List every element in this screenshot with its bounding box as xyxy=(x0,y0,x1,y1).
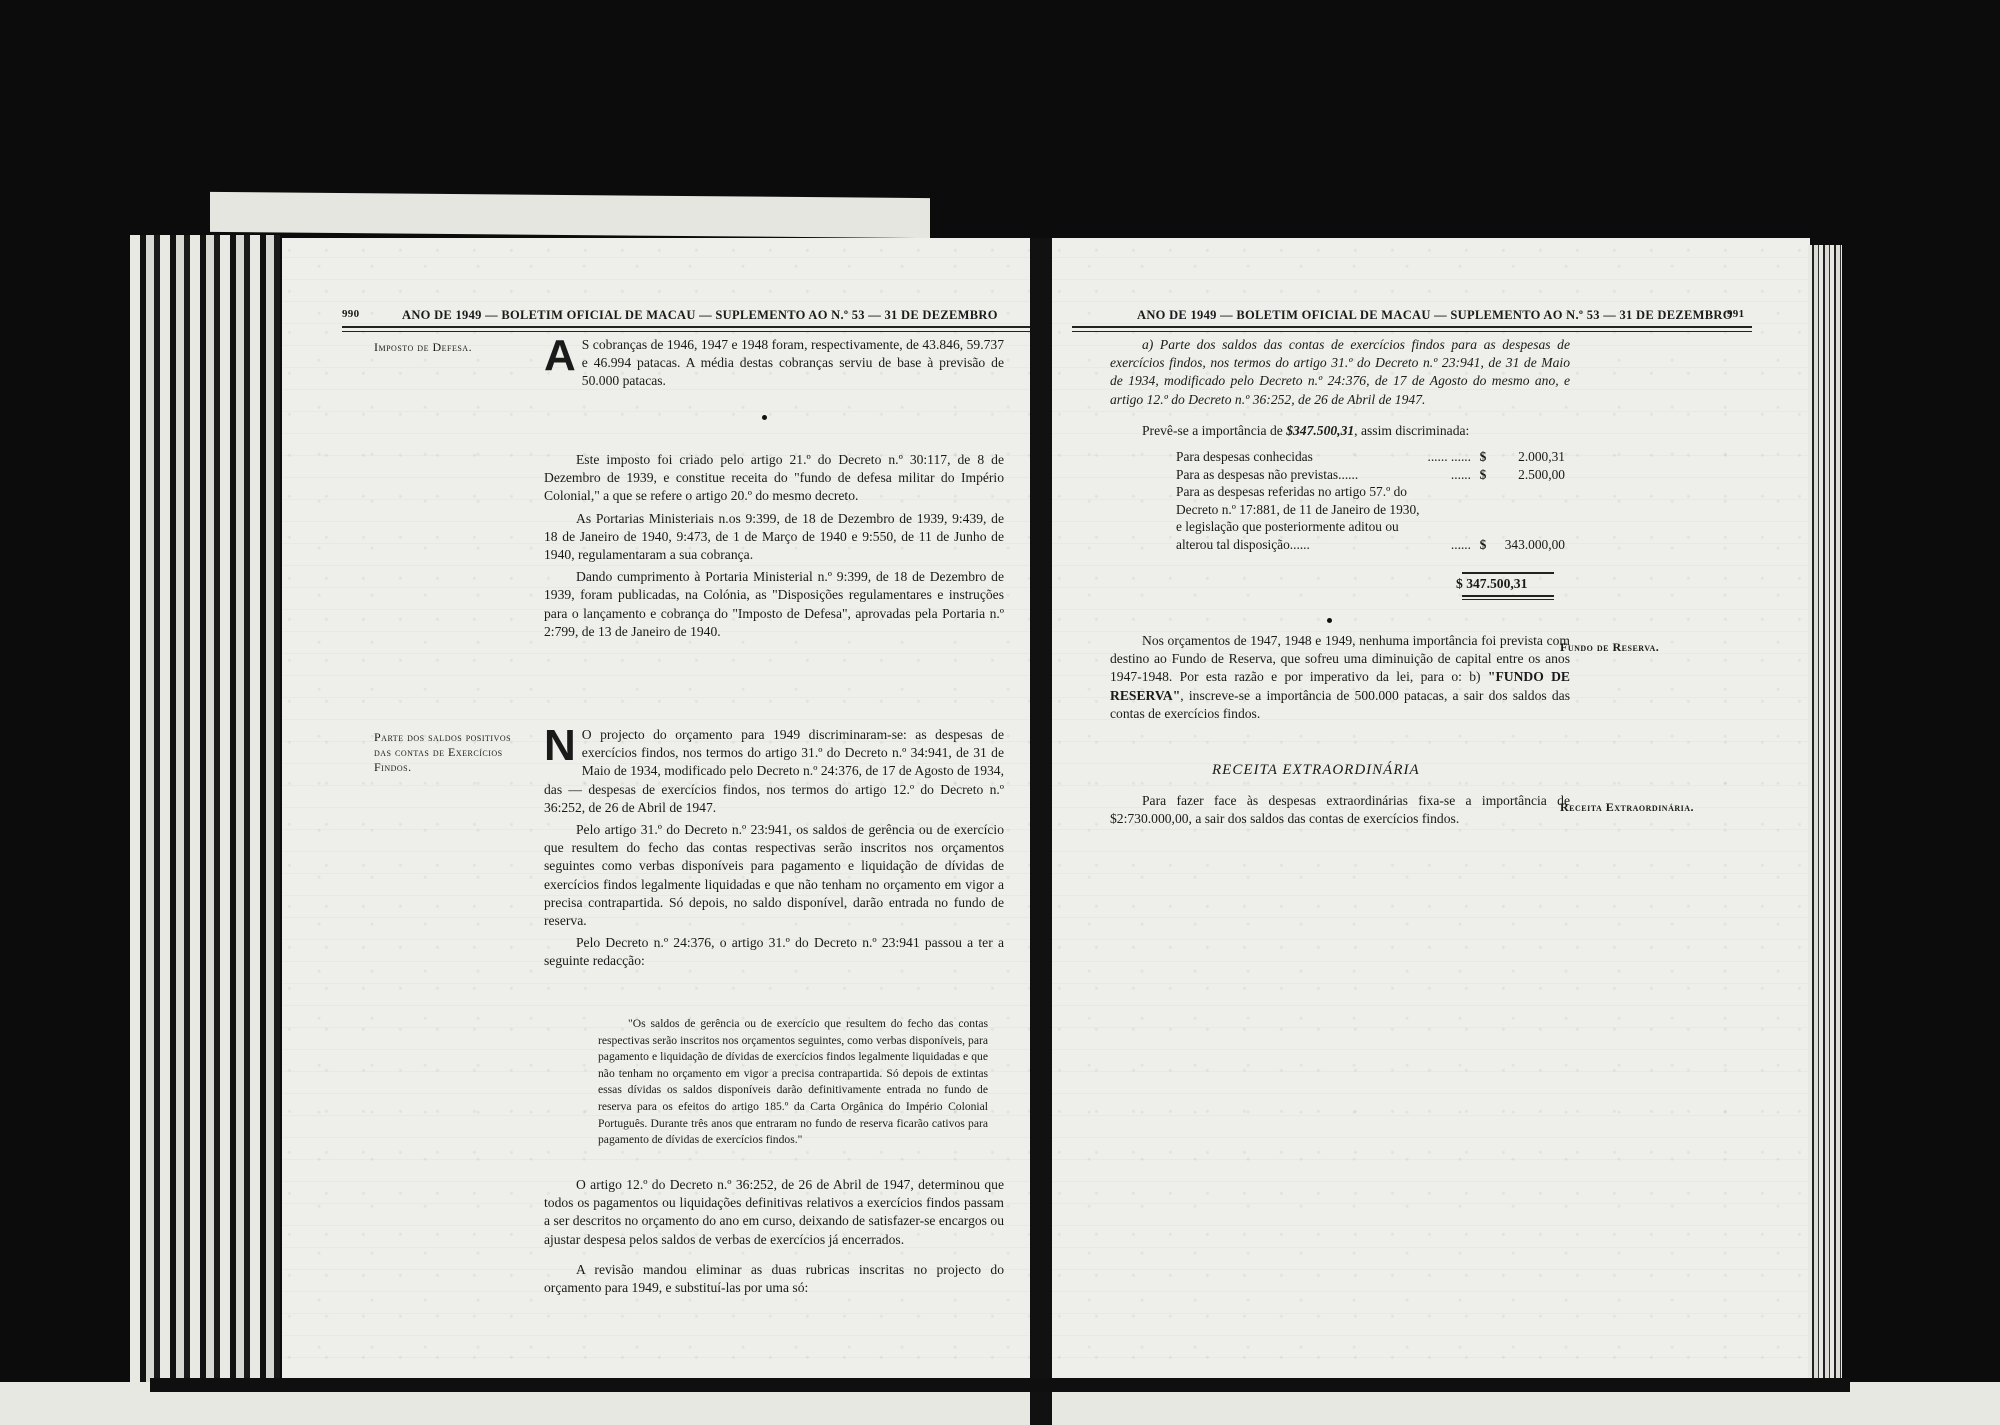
book-left-page-stack xyxy=(130,235,280,1385)
separator-dot xyxy=(762,415,767,420)
paragraph: O artigo 12.º do Decreto n.º 36:252, de … xyxy=(544,1176,1004,1249)
preve-amount: $347.500,31 xyxy=(1286,423,1354,438)
marginal-receita-extraordinaria: Receita Extraordinária. xyxy=(1560,800,1720,815)
marginal-saldos-positivos: Parte dos saldos positivos das contas de… xyxy=(374,730,524,775)
separator-dot xyxy=(1327,618,1332,623)
dropcap: A xyxy=(544,338,576,374)
running-head-text: ANO DE 1949 — BOLETIM OFICIAL DE MACAU —… xyxy=(402,308,998,323)
page-number: 991 xyxy=(1727,308,1744,320)
running-head-right: ANO DE 1949 — BOLETIM OFICIAL DE MACAU —… xyxy=(1052,308,1810,328)
total-rule xyxy=(1462,572,1554,574)
book-gutter xyxy=(1030,238,1052,1425)
table-row: Para despesas conhecidas ...... ...... $… xyxy=(1176,448,1565,466)
imposto-body: Este imposto foi criado pelo artigo 21.º… xyxy=(544,451,1004,645)
section-title-receita: RECEITA EXTRAORDINÁRIA xyxy=(1212,762,1420,779)
breakdown-total: $ 347.500,31 xyxy=(1456,576,1527,592)
saldos-closing: O artigo 12.º do Decreto n.º 36:252, de … xyxy=(544,1176,1004,1301)
fundo-reserva-text: Nos orçamentos de 1947, 1948 e 1949, nen… xyxy=(1110,632,1570,727)
table-row: Para as despesas referidas no artigo 57.… xyxy=(1176,483,1565,553)
running-head-text: ANO DE 1949 — BOLETIM OFICIAL DE MACAU —… xyxy=(1137,308,1733,323)
header-rule xyxy=(342,326,1040,328)
item-a: a) Parte dos saldos das contas de exercí… xyxy=(1110,336,1570,413)
saldos-intro: NO projecto do orçamento para 1949 discr… xyxy=(544,726,1004,975)
header-rule-thin xyxy=(342,331,1040,332)
running-head-left: 990 ANO DE 1949 — BOLETIM OFICIAL DE MAC… xyxy=(282,308,1030,328)
left-page: 990 ANO DE 1949 — BOLETIM OFICIAL DE MAC… xyxy=(282,238,1030,1380)
paragraph: Pelo artigo 31.º do Decreto n.º 23:941, … xyxy=(544,821,1004,930)
dropcap: N xyxy=(544,728,576,764)
marginal-fundo-reserva: Fundo de Reserva. xyxy=(1560,640,1720,655)
paragraph: Pelo Decreto n.º 24:376, o artigo 31.º d… xyxy=(544,934,1004,970)
imposto-intro: AS cobranças de 1946, 1947 e 1948 foram,… xyxy=(544,336,1004,395)
paragraph: Dando cumprimento à Portaria Ministerial… xyxy=(544,568,1004,641)
receita-text: Para fazer face às despesas extraordinár… xyxy=(1110,792,1570,832)
book-right-page-stack xyxy=(1808,245,1842,1385)
paragraph: Este imposto foi criado pelo artigo 21.º… xyxy=(544,451,1004,506)
book-top-edge xyxy=(210,192,930,238)
page-number: 990 xyxy=(342,308,359,320)
preve-line: Prevê-se a importância de $347.500,31, a… xyxy=(1110,422,1580,444)
header-rule-thin xyxy=(1072,331,1752,332)
paragraph: As Portarias Ministeriais n.os 9:399, de… xyxy=(544,510,1004,565)
header-rule xyxy=(1072,326,1752,328)
table-row: Para as despesas não previstas...... ...… xyxy=(1176,466,1565,484)
total-double-rule xyxy=(1462,595,1554,597)
quoted-article: "Os saldos de gerência ou de exercício q… xyxy=(598,1016,988,1149)
paragraph: A revisão mandou eliminar as duas rubric… xyxy=(544,1261,1004,1297)
book-bottom-shadow xyxy=(150,1378,1850,1392)
right-page: ANO DE 1949 — BOLETIM OFICIAL DE MACAU —… xyxy=(1052,238,1810,1380)
total-double-rule-thin xyxy=(1462,599,1554,600)
marginal-imposto-defesa: Imposto de Defesa. xyxy=(374,340,514,355)
breakdown-table: Para despesas conhecidas ...... ...... $… xyxy=(1176,448,1565,553)
